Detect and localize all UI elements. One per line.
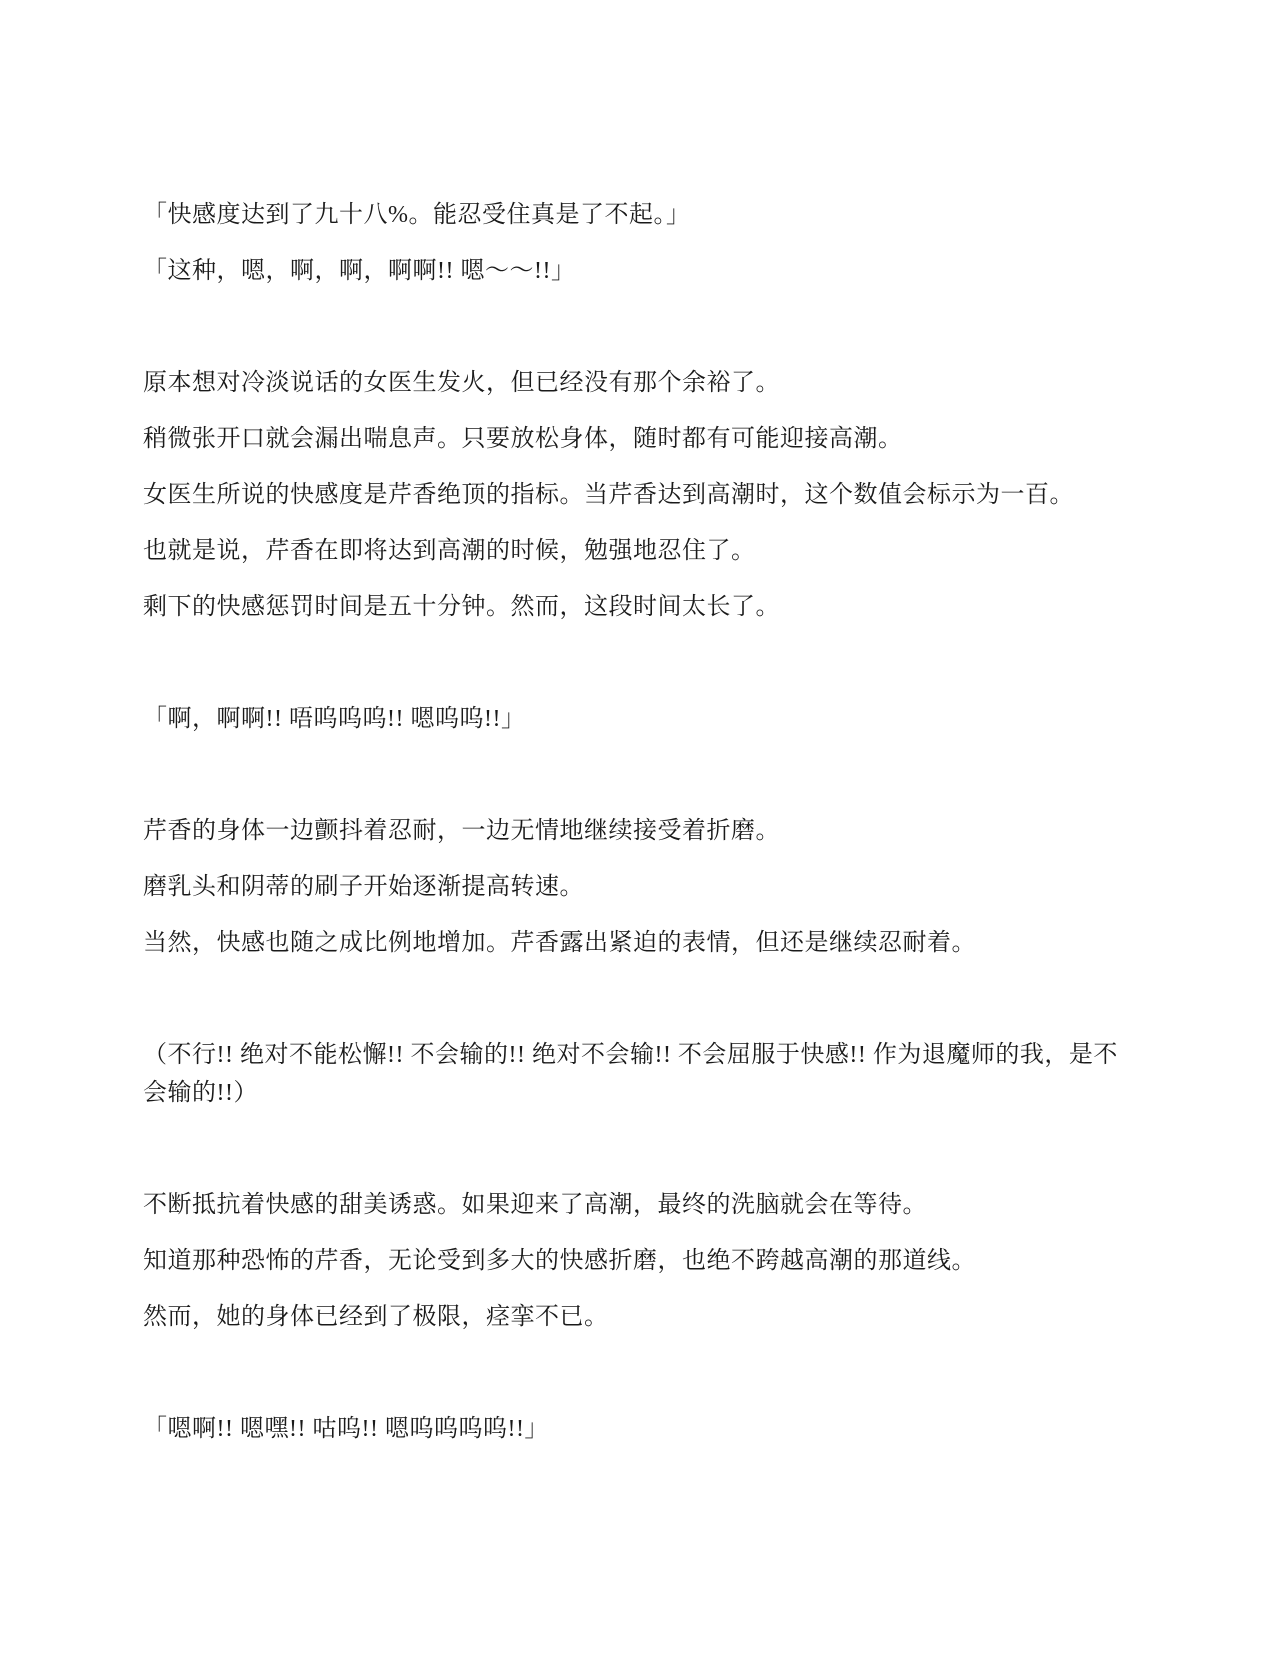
document-page: 「快感度达到了九十八%。能忍受住真是了不起。」 「这种，嗯，啊，啊，啊啊!! 嗯… [0,0,1280,1656]
narration-line: 稍微张开口就会漏出喘息声。只要放松身体，随时都有可能迎接高潮。 [143,420,1128,458]
narration-line: 也就是说，芹香在即将达到高潮的时候，勉强地忍住了。 [143,532,1128,570]
narration-line: 然而，她的身体已经到了极限，痉挛不已。 [143,1298,1128,1336]
dialogue-line: 「快感度达到了九十八%。能忍受住真是了不起。」 [143,196,1128,234]
narration-line: 原本想对冷淡说话的女医生发火，但已经没有那个余裕了。 [143,364,1128,402]
narration-line: 磨乳头和阴蒂的刷子开始逐渐提高转速。 [143,868,1128,906]
dialogue-line: 「嗯啊!! 嗯嘿!! 咕呜!! 嗯呜呜呜呜!!」 [143,1410,1128,1448]
narration-line: 剩下的快感惩罚时间是五十分钟。然而，这段时间太长了。 [143,588,1128,626]
narration-line: 芹香的身体一边颤抖着忍耐，一边无情地继续接受着折磨。 [143,812,1128,850]
narration-line: 知道那种恐怖的芹香，无论受到多大的快感折磨，也绝不跨越高潮的那道线。 [143,1242,1128,1280]
narration-line: 女医生所说的快感度是芹香绝顶的指标。当芹香达到高潮时，这个数值会标示为一百。 [143,476,1128,514]
dialogue-line: 「啊，啊啊!! 唔呜呜呜!! 嗯呜呜!!」 [143,700,1128,738]
dialogue-line: 「这种，嗯，啊，啊，啊啊!! 嗯～～!!」 [143,252,1128,290]
narration-line: 不断抵抗着快感的甜美诱惑。如果迎来了高潮，最终的洗脑就会在等待。 [143,1186,1128,1224]
narration-line: 当然，快感也随之成比例地增加。芹香露出紧迫的表情，但还是继续忍耐着。 [143,924,1128,962]
inner-thought-line: （不行!! 绝对不能松懈!! 不会输的!! 绝对不会输!! 不会屈服于快感!! … [143,1036,1128,1112]
